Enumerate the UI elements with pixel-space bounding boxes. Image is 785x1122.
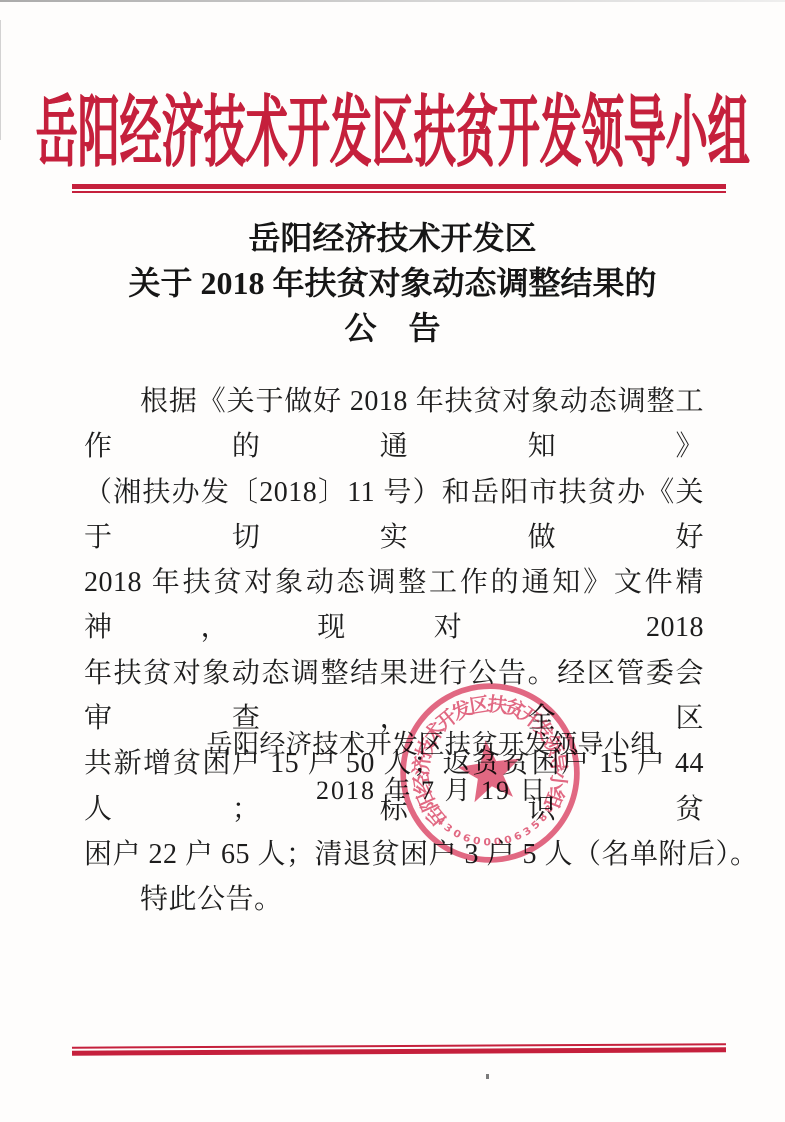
document-body: 根据《关于做好 2018 年扶贫对象动态调整工作的通知》 （湘扶办发〔2018〕…: [84, 379, 704, 923]
title-line-subject: 关于 2018 年扶贫对象动态调整结果的: [0, 261, 785, 306]
scan-artifact-top-edge: [0, 0, 785, 2]
body-line: 根据《关于做好 2018 年扶贫对象动态调整工作的通知》: [84, 379, 704, 470]
scanned-document-page: 岳阳经济技术开发区扶贫开发领导小组 岳阳经济技术开发区 关于 2018 年扶贫对…: [0, 0, 785, 1122]
body-line: 困户 22 户 65 人；清退贫困户 3 户 5 人（名单附后）。: [84, 832, 704, 877]
title-line-announcement: 公 告: [0, 306, 785, 351]
body-closing-line: 特此公告。: [84, 877, 704, 922]
body-line: （湘扶办发〔2018〕11 号）和岳阳市扶贫办《关于切实做好: [84, 470, 704, 561]
letterhead-title: 岳阳经济技术开发区扶贫开发领导小组: [0, 96, 785, 174]
document-title: 岳阳经济技术开发区 关于 2018 年扶贫对象动态调整结果的 公 告: [0, 216, 785, 351]
footer-double-rule: [72, 1043, 726, 1055]
body-line: 2018 年扶贫对象动态调整工作的通知》文件精神，现对 2018: [84, 560, 704, 651]
scan-artifact-speck: [486, 1074, 489, 1079]
seal-star-icon: [454, 736, 525, 804]
rule-thin-line: [72, 191, 726, 193]
title-line-org: 岳阳经济技术开发区: [0, 216, 785, 261]
seal-number: 4306000063588: [432, 799, 562, 857]
letterhead-double-rule: [72, 184, 726, 193]
official-seal-stamp: 岳阳经济技术开发区扶贫开发领导小组 4306000063588: [387, 670, 593, 876]
